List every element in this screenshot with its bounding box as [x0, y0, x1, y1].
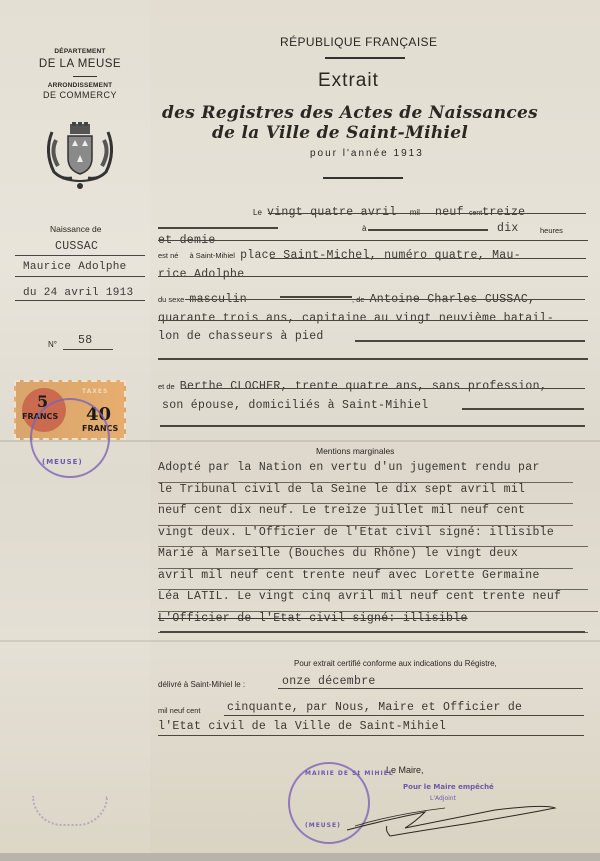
field-line: [185, 299, 585, 300]
divider: [73, 76, 97, 77]
departement-label: DÉPARTEMENT: [20, 48, 140, 55]
mention-line: L'Officier de l'Etat civil signé: illisi…: [158, 612, 588, 634]
field-line: [185, 388, 585, 389]
delivered-label: délivré à Saint-Mihiel le :: [158, 680, 245, 689]
margin-given-names: Maurice Adolphe: [23, 261, 127, 273]
document-title: Extrait: [318, 70, 379, 92]
seal-text-bottom: (MEUSE): [305, 822, 341, 829]
field-line: [355, 340, 585, 342]
mention-line: vingt deux. L'Officier de l'Etat civil s…: [158, 526, 588, 548]
deputy-stamp: Pour le Maire empêché: [403, 783, 494, 791]
mention-line: le Tribunal civil de la Seine le dix sep…: [158, 483, 573, 505]
coat-of-arms-icon: [42, 122, 118, 190]
document-subtitle-city: de la Ville de Saint-Mihiel: [212, 123, 468, 143]
field-line: [158, 240, 588, 241]
margin-surname: CUSSAC: [55, 240, 98, 253]
field-line: [158, 735, 584, 736]
certification-year: cinquante, par Nous, Maire et Officier d…: [227, 701, 522, 714]
mention-line: Léa LATIL. Le vingt cinq avril mil neuf …: [158, 590, 598, 612]
act-number: 58: [78, 334, 92, 347]
divider: [325, 57, 405, 59]
certification-text: Pour extrait certifié conforme aux indic…: [294, 659, 497, 668]
field-line: [15, 255, 145, 256]
field-line: [462, 408, 584, 410]
number-label: N°: [48, 340, 57, 349]
act-line-4: rice Adolphe: [158, 262, 244, 281]
margin-birth-date: du 24 avril 1913: [23, 287, 133, 299]
seal-text-top: MAIRIE DE St MIHIEL: [305, 770, 394, 777]
arrondissement-name: DE COMMERCY: [20, 90, 140, 100]
field-line: [15, 276, 145, 277]
mentions-heading: Mentions marginales: [316, 446, 394, 456]
act-line-5: du sexe masculin: [158, 287, 247, 306]
field-line: [268, 213, 586, 214]
mention-line: Marié à Marseille (Bouches du Rhône) le …: [158, 547, 573, 569]
field-line: [158, 358, 588, 360]
act-line-9: son épouse, domiciliés à Saint-Mihiel: [162, 393, 428, 412]
field-line: [15, 300, 145, 301]
town-seal-stamp: [30, 398, 110, 478]
paper-fold: [0, 640, 600, 642]
document-subtitle: des Registres des Actes de Naissances: [162, 103, 538, 123]
divider: [323, 177, 403, 179]
republic-heading: RÉPUBLIQUE FRANÇAISE: [280, 35, 437, 49]
seal-text: (MEUSE): [42, 458, 83, 466]
heures-label: heures: [540, 226, 563, 235]
field-line: [160, 631, 585, 633]
departement-name: DE LA MEUSE: [20, 58, 140, 70]
paper-edge: [0, 853, 600, 861]
act-hour: dix: [497, 222, 519, 235]
act-address: place Saint-Michel, numéro quatre, Mau-: [240, 249, 521, 262]
field-line: [63, 349, 113, 350]
stamp-header: TAXES: [82, 388, 108, 395]
act-line-8: et de Berthe CLOCHER, trente quatre ans,…: [158, 374, 547, 393]
arrondissement-label: ARRONDISSEMENT: [20, 82, 140, 89]
act-father-details-cont: lon de chasseurs à pied: [158, 330, 324, 343]
field-line: [158, 276, 588, 277]
act-line-6: quarante trois ans, capitaine au vingt n…: [158, 306, 554, 325]
field-line: [368, 229, 488, 231]
field-line: [278, 688, 583, 689]
signature-icon: [345, 800, 565, 840]
naissance-label: Naissance de: [50, 224, 102, 234]
mention-line: avril mil neuf cent trente neuf avec Lor…: [158, 569, 588, 591]
mentions-list: Adopté par la Nation en vertu d'un jugem…: [158, 461, 598, 633]
act-mother: Berthe CLOCHER, trente quatre ans, sans …: [180, 380, 547, 393]
act-domicile: son épouse, domiciliés à Saint-Mihiel: [162, 399, 428, 412]
register-year: pour l'année 1913: [310, 148, 424, 159]
act-line-1: Le vingt quatre avril mil neuf centtreiz…: [253, 200, 525, 219]
certification-authority: l'Etat civil de la Ville de Saint-Mihiel: [158, 720, 446, 733]
delivered-date: onze décembre: [282, 675, 376, 688]
field-line: [224, 715, 584, 716]
year-label: mil neuf cent: [158, 706, 201, 715]
mention-line: neuf cent dix neuf. Le treize juillet mi…: [158, 504, 573, 526]
act-child-name: rice Adolphe: [158, 268, 244, 281]
act-line-7: lon de chasseurs à pied: [158, 324, 324, 343]
field-line: [270, 258, 586, 259]
act-line-3: est né à Saint-Mihiel place Saint-Michel…: [158, 243, 521, 262]
field-line: [160, 425, 585, 427]
a-label: à: [362, 224, 366, 233]
field-line: [158, 320, 588, 321]
field-line: [280, 296, 352, 298]
mention-line: Adopté par la Nation en vertu d'un jugem…: [158, 461, 573, 483]
act-father-row: , de Antoine Charles CUSSAC,: [352, 287, 535, 306]
